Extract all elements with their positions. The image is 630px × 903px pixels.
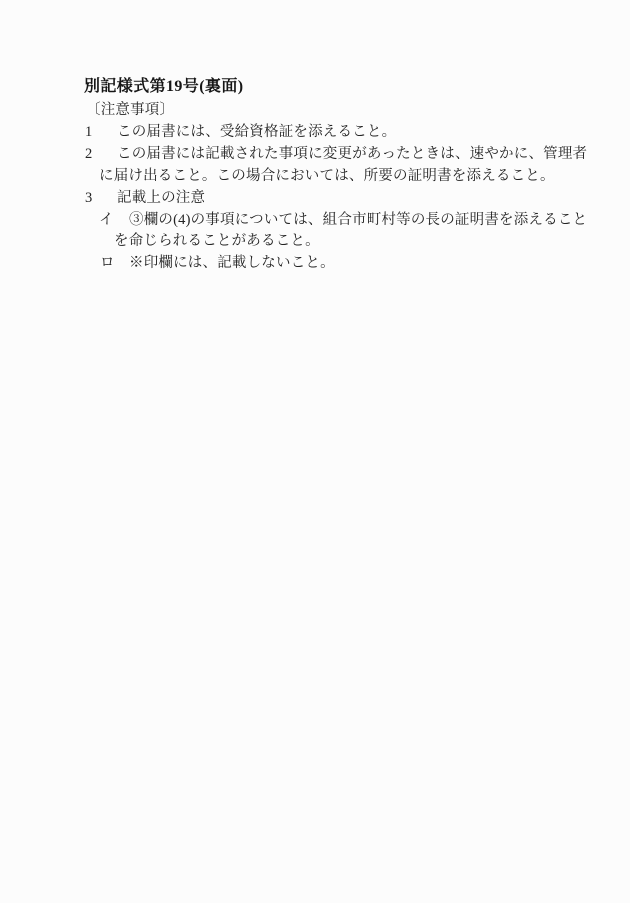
note-item-1-marker: 1 [85,123,117,142]
note-item-3-marker: 3 [85,189,117,208]
section-heading: 〔注意事項〕 [86,101,174,120]
note-subitem-ro: ロ※印欄には、記載しないこと。 [100,254,335,273]
note-item-3-text: 記載上の注意 [117,190,205,206]
note-subitem-i-continuation: を命じられることがあること。 [114,232,320,251]
note-item-2-text: この届書には記載された事項に変更があったときは、速やかに、管理者 [117,146,587,162]
document-page: 別記様式第19号(裏面) 〔注意事項〕 1この届書には、受給資格証を添えること。… [0,0,630,903]
note-item-2-continuation: に届け出ること。この場合においては、所要の証明書を添えること。 [99,167,555,186]
note-item-2-marker: 2 [85,145,117,164]
note-item-1: 1この届書には、受給資格証を添えること。 [85,123,396,142]
note-subitem-i-text: ③欄の(4)の事項については、組合市町村等の長の証明書を添えること [129,212,587,228]
note-item-2: 2この届書には記載された事項に変更があったときは、速やかに、管理者 [85,145,587,164]
note-subitem-i: イ③欄の(4)の事項については、組合市町村等の長の証明書を添えること [99,211,587,230]
note-subitem-i-marker: イ [99,211,129,230]
note-item-1-text: この届書には、受給資格証を添えること。 [117,124,396,140]
document-title: 別記様式第19号(裏面) [84,77,243,96]
note-item-3: 3記載上の注意 [85,189,205,208]
note-subitem-ro-marker: ロ [100,254,129,273]
note-subitem-ro-text: ※印欄には、記載しないこと。 [129,255,335,271]
